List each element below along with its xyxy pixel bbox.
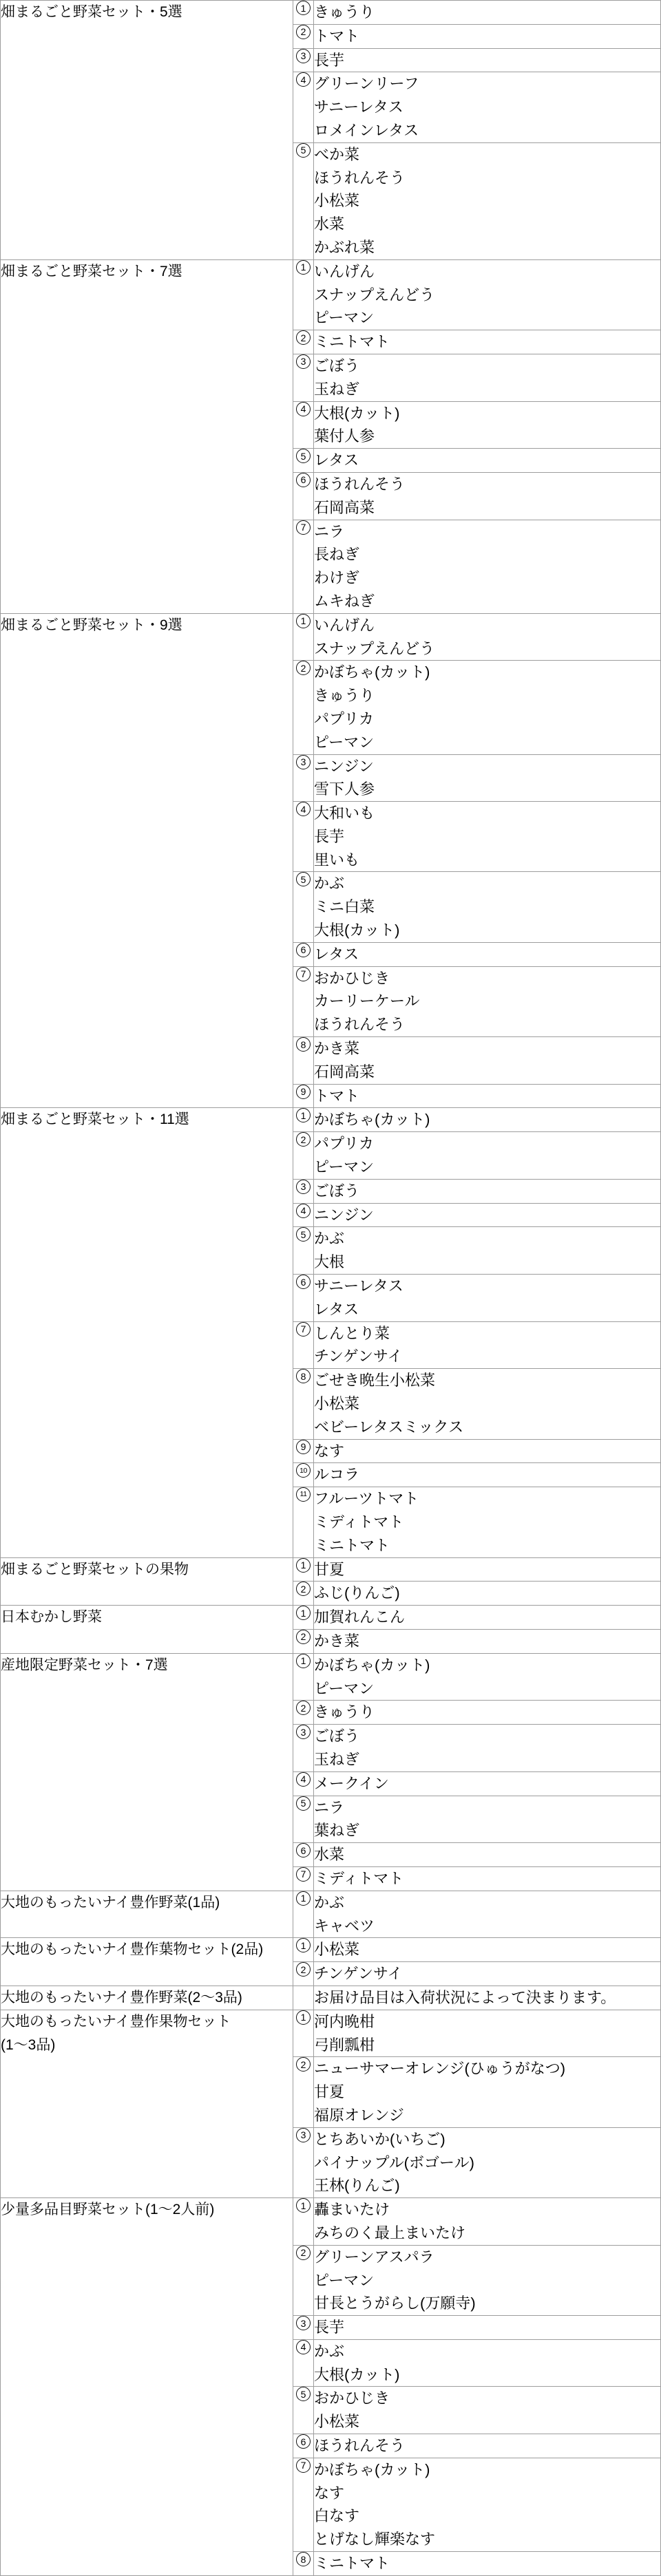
circled-number-icon: 7 — [296, 2458, 311, 2473]
item-number-cell: 4 — [293, 2339, 314, 2387]
item-line: パプリカ — [314, 707, 660, 731]
item-number-cell: 1 — [293, 1938, 314, 1962]
set-name-cell: 大地のもったいナイ豊作野菜(2〜3品) — [1, 1986, 293, 2010]
item-line: きゅうり — [314, 1701, 660, 1724]
item-line: カーリーケール — [314, 990, 660, 1013]
item-names-cell: とちあいか(いちご)パイナップル(ボゴール)王林(りんご) — [314, 2127, 661, 2197]
item-number-cell: 5 — [293, 142, 314, 259]
item-number-cell: 4 — [293, 72, 314, 142]
item-names-cell: ほうれんそう — [314, 2434, 661, 2458]
item-line: かき菜 — [314, 1630, 660, 1653]
set-name-cell: 畑まるごと野菜セット・7選 — [1, 259, 293, 613]
item-number-cell: 2 — [293, 330, 314, 354]
item-line: かぶ — [314, 1227, 660, 1250]
item-number-cell: 8 — [293, 2552, 314, 2576]
item-line: いんげん — [314, 614, 660, 637]
item-number-cell: 1 — [293, 1606, 314, 1630]
item-line: レタス — [314, 943, 660, 966]
item-line: ごぼう — [314, 1180, 660, 1203]
item-line: フルーツトマト — [314, 1487, 660, 1511]
item-number-cell: 11 — [293, 1487, 314, 1557]
item-line: 小松菜 — [314, 1392, 660, 1416]
set-name-cell: 大地のもったいナイ豊作野菜(1品) — [1, 1891, 293, 1938]
item-number-cell: 3 — [293, 354, 314, 401]
circled-number-icon: 7 — [296, 967, 311, 981]
item-line: 雪下人参 — [314, 778, 660, 801]
circled-number-icon: 2 — [296, 1630, 311, 1644]
item-line: パイナップル(ボゴール) — [314, 2151, 660, 2175]
circled-number-icon: 8 — [296, 2552, 311, 2566]
item-line: サニーレタス — [314, 1275, 660, 1298]
table-row: 日本むかし野菜1加賀れんこん — [1, 1606, 661, 1630]
item-number-cell — [293, 1986, 314, 2010]
item-names-cell: チンゲンサイ — [314, 1962, 661, 1986]
item-line: ベビーレタスミックス — [314, 1416, 660, 1439]
item-number-cell: 3 — [293, 1179, 314, 1203]
circled-number-icon: 2 — [296, 661, 311, 675]
circled-number-icon: 6 — [296, 1275, 311, 1289]
item-line: パプリカ — [314, 1132, 660, 1156]
circled-number-icon: 2 — [296, 330, 311, 345]
item-names-cell: トマト — [314, 24, 661, 48]
item-number-cell: 7 — [293, 1321, 314, 1369]
item-names-cell: レタス — [314, 449, 661, 473]
item-names-cell: ミニトマト — [314, 330, 661, 354]
item-line: お届け品目は入荷状況によって決まります。 — [314, 1986, 660, 2010]
item-number-cell: 1 — [293, 1108, 314, 1132]
item-line: 玉ねぎ — [314, 378, 660, 401]
item-line: ほうれんそう — [314, 2434, 660, 2458]
item-line: なす — [314, 1440, 660, 1463]
item-line: ミディトマト — [314, 1511, 660, 1534]
item-number-cell: 5 — [293, 2387, 314, 2434]
item-number-cell: 1 — [293, 2010, 314, 2057]
item-names-cell: ニラ葉ねぎ — [314, 1796, 661, 1843]
item-names-cell: メークイン — [314, 1771, 661, 1796]
item-line: 石岡高菜 — [314, 1061, 660, 1084]
circled-number-icon: 11 — [296, 1487, 311, 1502]
set-name-cell: 畑まるごと野菜セット・5選 — [1, 1, 293, 260]
item-line: グリーンリーフ — [314, 72, 660, 96]
item-line: おかひじき — [314, 967, 660, 990]
circled-number-icon: 6 — [296, 943, 311, 957]
item-names-cell: きゅうり — [314, 1, 661, 25]
item-line: 石岡高菜 — [314, 496, 660, 520]
item-names-cell: ごぼう玉ねぎ — [314, 1725, 661, 1772]
set-name-cell: 畑まるごと野菜セットの果物 — [1, 1557, 293, 1606]
item-line: かぼちゃ(カット) — [314, 1654, 660, 1677]
item-line: とちあいか(いちご) — [314, 2128, 660, 2151]
set-name-cell: 大地のもったいナイ豊作葉物セット(2品) — [1, 1938, 293, 1986]
item-line: トマト — [314, 25, 660, 48]
item-number-cell: 4 — [293, 401, 314, 449]
item-line: 里いも — [314, 849, 660, 872]
item-names-cell: ニンジン雪下人参 — [314, 754, 661, 802]
item-names-cell: お届け品目は入荷状況によって決まります。 — [314, 1986, 661, 2010]
item-number-cell: 2 — [293, 1962, 314, 1986]
item-line: 小松菜 — [314, 1938, 660, 1961]
item-line: かぶ — [314, 872, 660, 895]
item-line: 甘夏 — [314, 2080, 660, 2104]
circled-number-icon: 8 — [296, 1037, 311, 1052]
item-number-cell: 10 — [293, 1463, 314, 1487]
circled-number-icon: 1 — [296, 2198, 311, 2213]
item-line: おかひじき — [314, 2387, 660, 2410]
item-names-cell: ふじ(りんご) — [314, 1582, 661, 1606]
item-number-cell: 3 — [293, 2316, 314, 2340]
circled-number-icon: 1 — [296, 1606, 311, 1620]
item-line: 王林(りんご) — [314, 2174, 660, 2197]
item-number-cell: 8 — [293, 1037, 314, 1085]
table-row: 大地のもったいナイ豊作果物セット (1〜3品)1河内晩柑弓削瓢柑 — [1, 2010, 661, 2057]
circled-number-icon: 6 — [296, 1843, 311, 1858]
item-line: 長ねぎ — [314, 543, 660, 566]
item-line: ロメインレタス — [314, 119, 660, 142]
item-names-cell: レタス — [314, 942, 661, 966]
item-line: キャベツ — [314, 1915, 660, 1938]
circled-number-icon: 5 — [296, 1796, 311, 1811]
set-name-cell: 少量多品目野菜セット(1〜2人前) — [1, 2198, 293, 2576]
item-line: かぼちゃ(カット) — [314, 661, 660, 684]
item-number-cell: 7 — [293, 520, 314, 613]
table-row: 産地限定野菜セット・7選1かぼちゃ(カット)ピーマン — [1, 1653, 661, 1701]
item-names-cell: かぶキャベツ — [314, 1891, 661, 1938]
item-line: 水菜 — [314, 213, 660, 236]
circled-number-icon: 4 — [296, 1204, 311, 1218]
item-names-cell: グリーンリーフサニーレタスロメインレタス — [314, 72, 661, 142]
item-line: 大根(カット) — [314, 2363, 660, 2387]
circled-number-icon: 9 — [296, 1440, 311, 1454]
item-names-cell: パプリカピーマン — [314, 1132, 661, 1180]
vegetable-set-table: 畑まるごと野菜セット・5選1きゅうり2トマト3長芋4グリーンリーフサニーレタスロ… — [0, 0, 661, 2576]
item-names-cell: ごぼう玉ねぎ — [314, 354, 661, 401]
item-number-cell: 6 — [293, 472, 314, 520]
item-line: ピーマン — [314, 1677, 660, 1701]
circled-number-icon: 9 — [296, 1085, 311, 1099]
item-line: チンゲンサイ — [314, 1345, 660, 1368]
circled-number-icon: 7 — [296, 520, 311, 535]
item-line: なす — [314, 2482, 660, 2505]
vegetable-set-table-body: 畑まるごと野菜セット・5選1きゅうり2トマト3長芋4グリーンリーフサニーレタスロ… — [1, 1, 661, 2576]
item-names-cell: ミニトマト — [314, 2552, 661, 2576]
item-names-cell: いんげんスナップえんどうピーマン — [314, 259, 661, 330]
table-row: 畑まるごと野菜セット・11選1かぼちゃ(カット) — [1, 1108, 661, 1132]
item-line: 小松菜 — [314, 189, 660, 213]
item-number-cell: 4 — [293, 1771, 314, 1796]
item-names-cell: かぶ大根 — [314, 1227, 661, 1275]
item-line: みちのく最上まいたけ — [314, 2222, 660, 2245]
circled-number-icon: 4 — [296, 72, 311, 87]
item-number-cell: 2 — [293, 1132, 314, 1180]
item-names-cell: サニーレタスレタス — [314, 1275, 661, 1322]
set-name-cell: 日本むかし野菜 — [1, 1606, 293, 1654]
item-number-cell: 5 — [293, 449, 314, 473]
item-line: 長芋 — [314, 825, 660, 849]
set-name-cell: 畑まるごと野菜セット・11選 — [1, 1108, 293, 1557]
item-line: 甘長とうがらし(万願寺) — [314, 2292, 660, 2315]
circled-number-icon: 6 — [296, 2434, 311, 2449]
item-names-cell: かぶミニ白菜大根(カット) — [314, 872, 661, 942]
item-line: 弓削瓢柑 — [314, 2034, 660, 2057]
item-line: ピーマン — [314, 2269, 660, 2292]
item-line: 大和いも — [314, 802, 660, 825]
item-line: ルコラ — [314, 1463, 660, 1487]
item-names-cell: かき菜石岡高菜 — [314, 1037, 661, 1085]
item-number-cell: 4 — [293, 1203, 314, 1227]
item-line: ニラ — [314, 520, 660, 544]
item-line: スナップえんどう — [314, 284, 660, 307]
item-number-cell: 7 — [293, 966, 314, 1036]
item-line: ごぼう — [314, 1725, 660, 1748]
circled-number-icon: 5 — [296, 1227, 311, 1242]
item-line: べか菜 — [314, 143, 660, 167]
circled-number-icon: 3 — [296, 354, 311, 369]
item-line: グリーンアスパラ — [314, 2246, 660, 2269]
item-line: 玉ねぎ — [314, 1748, 660, 1771]
item-names-cell: きゅうり — [314, 1701, 661, 1725]
item-number-cell: 3 — [293, 754, 314, 802]
item-line: 白なす — [314, 2504, 660, 2528]
item-line: かぶれ菜 — [314, 236, 660, 259]
item-line: 大根(カット) — [314, 402, 660, 425]
item-number-cell: 9 — [293, 1084, 314, 1108]
item-line: トマト — [314, 1085, 660, 1108]
circled-number-icon: 5 — [296, 449, 311, 463]
item-names-cell: 長芋 — [314, 2316, 661, 2340]
item-line: ピーマン — [314, 1156, 660, 1179]
circled-number-icon: 2 — [296, 25, 311, 39]
circled-number-icon: 2 — [296, 2246, 311, 2260]
item-names-cell: おかひじきカーリーケールほうれんそう — [314, 966, 661, 1036]
circled-number-icon: 5 — [296, 2387, 311, 2401]
item-number-cell: 4 — [293, 802, 314, 872]
circled-number-icon: 1 — [296, 2010, 311, 2025]
item-names-cell: フルーツトマトミディトマトミニトマト — [314, 1487, 661, 1557]
item-names-cell: 大根(カット)葉付人参 — [314, 401, 661, 449]
circled-number-icon: 2 — [296, 1582, 311, 1596]
item-names-cell: べか菜ほうれんそう小松菜水菜かぶれ菜 — [314, 142, 661, 259]
item-names-cell: おかひじき小松菜 — [314, 2387, 661, 2434]
item-names-cell: 轟まいたけみちのく最上まいたけ — [314, 2198, 661, 2246]
circled-number-icon: 4 — [296, 1772, 311, 1787]
item-number-cell: 3 — [293, 48, 314, 72]
item-names-cell: ニューサマーオレンジ(ひゅうがなつ)甘夏福原オレンジ — [314, 2057, 661, 2127]
circled-number-icon: 2 — [296, 1132, 311, 1147]
item-line: 水菜 — [314, 1843, 660, 1866]
item-number-cell: 3 — [293, 1725, 314, 1772]
item-number-cell: 6 — [293, 1275, 314, 1322]
item-line: 甘夏 — [314, 1558, 660, 1582]
item-line: かぼちゃ(カット) — [314, 2458, 660, 2482]
item-line: とげなし輝楽なす — [314, 2528, 660, 2551]
item-names-cell: 河内晩柑弓削瓢柑 — [314, 2010, 661, 2057]
circled-number-icon: 3 — [296, 1725, 311, 1739]
item-line: ミディトマト — [314, 1867, 660, 1891]
item-names-cell: 甘夏 — [314, 1557, 661, 1582]
item-number-cell: 5 — [293, 872, 314, 942]
item-names-cell: 大和いも長芋里いも — [314, 802, 661, 872]
table-row: 畑まるごと野菜セット・5選1きゅうり — [1, 1, 661, 25]
set-name-cell: 産地限定野菜セット・7選 — [1, 1653, 293, 1891]
item-line: かぶ — [314, 1891, 660, 1915]
item-line: ミニ白菜 — [314, 895, 660, 919]
item-line: チンゲンサイ — [314, 1962, 660, 1986]
circled-number-icon: 3 — [296, 1180, 311, 1194]
item-names-cell: ほうれんそう石岡高菜 — [314, 472, 661, 520]
item-line: ミニトマト — [314, 1534, 660, 1557]
item-line: 小松菜 — [314, 2410, 660, 2434]
item-line: 轟まいたけ — [314, 2198, 660, 2222]
item-line: ほうれんそう — [314, 473, 660, 496]
table-row: 少量多品目野菜セット(1〜2人前)1轟まいたけみちのく最上まいたけ — [1, 2198, 661, 2246]
circled-number-icon: 1 — [296, 614, 311, 628]
item-line: 福原オレンジ — [314, 2104, 660, 2127]
item-line: かぶ — [314, 2340, 660, 2363]
item-names-cell: かき菜 — [314, 1629, 661, 1653]
item-line: 加賀れんこん — [314, 1606, 660, 1629]
item-number-cell: 6 — [293, 2434, 314, 2458]
table-row: 畑まるごと野菜セット・9選1いんげんスナップえんどう — [1, 613, 661, 661]
item-names-cell: かぼちゃ(カット) — [314, 1108, 661, 1132]
circled-number-icon: 4 — [296, 802, 311, 816]
circled-number-icon: 2 — [296, 2057, 311, 2072]
item-number-cell: 5 — [293, 1796, 314, 1843]
item-line: ニラ — [314, 1796, 660, 1820]
item-number-cell: 6 — [293, 942, 314, 966]
circled-number-icon: 2 — [296, 1962, 311, 1977]
item-names-cell: かぼちゃ(カット)ピーマン — [314, 1653, 661, 1701]
item-number-cell: 9 — [293, 1439, 314, 1463]
item-line: レタス — [314, 449, 660, 472]
item-number-cell: 1 — [293, 1, 314, 25]
item-line: ニューサマーオレンジ(ひゅうがなつ) — [314, 2057, 660, 2080]
item-line: ピーマン — [314, 731, 660, 754]
item-line: ふじ(りんご) — [314, 1582, 660, 1605]
item-line: わけぎ — [314, 566, 660, 590]
item-number-cell: 1 — [293, 613, 314, 661]
item-line: きゅうり — [314, 1, 660, 24]
item-number-cell: 2 — [293, 1701, 314, 1725]
table-row: 畑まるごと野菜セット・7選1いんげんスナップえんどうピーマン — [1, 259, 661, 330]
item-line: かき菜 — [314, 1037, 660, 1061]
circled-number-icon: 1 — [296, 1108, 311, 1122]
item-number-cell: 1 — [293, 259, 314, 330]
item-number-cell: 2 — [293, 24, 314, 48]
item-line: ミニトマト — [314, 2552, 660, 2575]
item-names-cell: トマト — [314, 1084, 661, 1108]
item-names-cell: 水菜 — [314, 1843, 661, 1867]
item-line: ごぼう — [314, 354, 660, 378]
circled-number-icon: 1 — [296, 1938, 311, 1952]
item-names-cell: ルコラ — [314, 1463, 661, 1487]
circled-number-icon: 1 — [296, 1, 311, 15]
item-number-cell: 8 — [293, 1369, 314, 1439]
circled-number-icon: 10 — [296, 1463, 311, 1478]
item-names-cell: ミディトマト — [314, 1866, 661, 1891]
item-names-cell: ニラ長ねぎわけぎムキねぎ — [314, 520, 661, 613]
set-name-cell: 畑まるごと野菜セット・9選 — [1, 613, 293, 1108]
item-line: ニンジン — [314, 1204, 660, 1227]
item-line: ピーマン — [314, 306, 660, 330]
circled-number-icon: 4 — [296, 2340, 311, 2354]
item-line: スナップえんどう — [314, 637, 660, 661]
item-names-cell: かぶ大根(カット) — [314, 2339, 661, 2387]
item-number-cell: 6 — [293, 1843, 314, 1867]
circled-number-icon: 1 — [296, 260, 311, 275]
circled-number-icon: 5 — [296, 143, 311, 158]
item-number-cell: 2 — [293, 1629, 314, 1653]
item-names-cell: しんとり菜チンゲンサイ — [314, 1321, 661, 1369]
item-line: ほうれんそう — [314, 167, 660, 190]
circled-number-icon: 5 — [296, 872, 311, 886]
circled-number-icon: 7 — [296, 1322, 311, 1337]
item-names-cell: ニンジン — [314, 1203, 661, 1227]
circled-number-icon: 1 — [296, 1891, 311, 1906]
set-name-cell: 大地のもったいナイ豊作果物セット (1〜3品) — [1, 2010, 293, 2197]
item-number-cell: 1 — [293, 2198, 314, 2246]
item-line: 葉付人参 — [314, 425, 660, 448]
item-line: 河内晩柑 — [314, 2010, 660, 2034]
item-number-cell: 2 — [293, 1582, 314, 1606]
circled-number-icon: 1 — [296, 1558, 311, 1573]
item-number-cell: 1 — [293, 1653, 314, 1701]
item-names-cell: ごせき晩生小松菜小松菜ベビーレタスミックス — [314, 1369, 661, 1439]
item-line: 大根(カット) — [314, 919, 660, 942]
circled-number-icon: 3 — [296, 49, 311, 63]
item-line: かぼちゃ(カット) — [314, 1108, 660, 1131]
circled-number-icon: 7 — [296, 1867, 311, 1882]
item-line: ごせき晩生小松菜 — [314, 1369, 660, 1392]
circled-number-icon: 4 — [296, 402, 311, 416]
item-names-cell: グリーンアスパラピーマン甘長とうがらし(万願寺) — [314, 2245, 661, 2315]
table-row: 畑まるごと野菜セットの果物1甘夏 — [1, 1557, 661, 1582]
item-line: ムキねぎ — [314, 590, 660, 613]
item-number-cell: 7 — [293, 2458, 314, 2551]
item-number-cell: 3 — [293, 2127, 314, 2197]
table-row: 大地のもったいナイ豊作野菜(2〜3品)お届け品目は入荷状況によって決まります。 — [1, 1986, 661, 2010]
item-line: 長芋 — [314, 2316, 660, 2339]
item-names-cell: いんげんスナップえんどう — [314, 613, 661, 661]
item-number-cell: 2 — [293, 2057, 314, 2127]
circled-number-icon: 3 — [296, 2316, 311, 2330]
item-number-cell: 2 — [293, 661, 314, 754]
circled-number-icon: 2 — [296, 1701, 311, 1715]
item-line: しんとり菜 — [314, 1322, 660, 1345]
item-line: ほうれんそう — [314, 1013, 660, 1036]
circled-number-icon: 6 — [296, 473, 311, 487]
table-row: 大地のもったいナイ豊作葉物セット(2品)1小松菜 — [1, 1938, 661, 1962]
table-row: 大地のもったいナイ豊作野菜(1品)1かぶキャベツ — [1, 1891, 661, 1938]
item-names-cell: なす — [314, 1439, 661, 1463]
item-number-cell: 7 — [293, 1866, 314, 1891]
item-names-cell: 小松菜 — [314, 1938, 661, 1962]
circled-number-icon: 8 — [296, 1369, 311, 1383]
item-line: レタス — [314, 1298, 660, 1321]
item-names-cell: かぼちゃ(カット)なす白なすとげなし輝楽なす — [314, 2458, 661, 2551]
item-names-cell: 加賀れんこん — [314, 1606, 661, 1630]
circled-number-icon: 1 — [296, 1654, 311, 1668]
item-names-cell: ごぼう — [314, 1179, 661, 1203]
item-line: メークイン — [314, 1772, 660, 1796]
item-line: ニンジン — [314, 755, 660, 778]
item-line: サニーレタス — [314, 96, 660, 119]
item-number-cell: 1 — [293, 1891, 314, 1938]
item-line: いんげん — [314, 260, 660, 284]
item-line: きゅうり — [314, 684, 660, 707]
item-names-cell: 長芋 — [314, 48, 661, 72]
item-line: 長芋 — [314, 49, 660, 72]
item-line: 葉ねぎ — [314, 1819, 660, 1842]
